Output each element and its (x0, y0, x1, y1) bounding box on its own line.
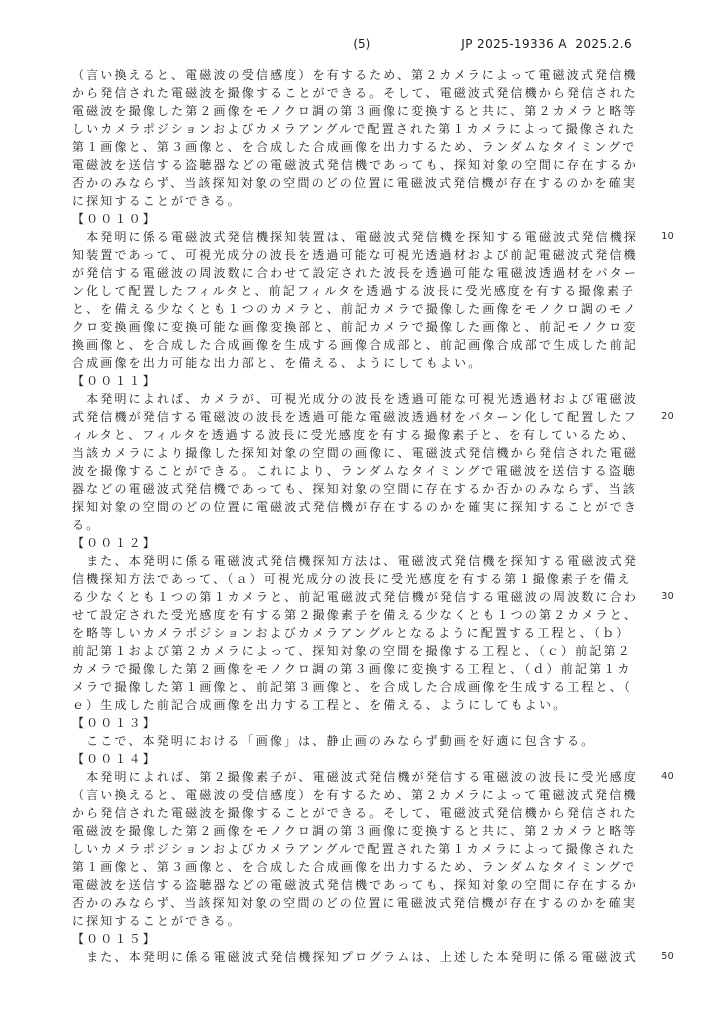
text-line: 波を撮像することができる。これにより、ランダムなタイミングで電磁波を送信する盗聴 (72, 462, 647, 480)
text-line: と、を備える少なくとも１つのカメラと、前記カメラで撮像した画像をモノクロ調のモノ (72, 300, 647, 318)
publication-number: JP 2025-19336 A 2025.2.6 (461, 36, 632, 52)
text-line: また、本発明に係る電磁波式発信機探知プログラムは、上述した本発明に係る電磁波式 (72, 948, 647, 966)
text-line: が発信する電磁波の周波数に合わせて設定された波長を透過可能な電磁波透過材をパター (72, 264, 647, 282)
text-line: ィルタと、フィルタを透過する波長に受光感度を有する撮像素子と、を有しているため、 (72, 426, 647, 444)
text-line: 【００１５】 (72, 930, 647, 948)
text-line: 本発明によれば、カメラが、可視光成分の波長を透過可能な可視光透過材および電磁波 (72, 390, 647, 408)
text-line: 探知対象の空間のどの位置に電磁波式発信機が存在するのかを確実に探知することができ (72, 498, 647, 516)
text-line: 当該カメラにより撮像した探知対象の空間の画像に、電磁波式発信機から発信された電磁 (72, 444, 647, 462)
page-header: (5) JP 2025-19336 A 2025.2.6 (0, 36, 724, 52)
text-line: 第１画像と、第３画像と、を合成した合成画像を出力するため、ランダムなタイミングで (72, 138, 647, 156)
text-line: る。 (72, 516, 647, 534)
text-line: 換画像と、を合成した合成画像を生成する画像合成部と、前記画像合成部で生成した前記 (72, 336, 647, 354)
text-line: 第１画像と、第３画像と、を合成した合成画像を出力するため、ランダムなタイミングで (72, 858, 647, 876)
text-line: また、本発明に係る電磁波式発信機探知方法は、電磁波式発信機を探知する電磁波式発 (72, 552, 647, 570)
text-line: から発信された電磁波を撮像することができる。そして、電磁波式発信機から発信された (72, 804, 647, 822)
text-line: 【００１２】 (72, 534, 647, 552)
text-line: メラで撮像した第１画像と、前記第３画像と、を合成した合成画像を生成する工程と、（ (72, 678, 647, 696)
text-line: 【００１３】 (72, 714, 647, 732)
text-line: に探知することができる。 (72, 912, 647, 930)
text-line: クロ変換画像に変換可能な画像変換部と、前記カメラで撮像した画像と、前記モノクロ変 (72, 318, 647, 336)
text-line: カメラで撮像した第２画像をモノクロ調の第３画像に変換する工程と、（ｄ）前記第１カ (72, 660, 647, 678)
text-line: 電磁波を送信する盗聴器などの電磁波式発信機であっても、探知対象の空間に存在するか (72, 876, 647, 894)
text-line: 電磁波を撮像した第２画像をモノクロ調の第３画像に変換すると共に、第２カメラと略等 (72, 102, 647, 120)
text-line: 式発信機が発信する電磁波の波長を透過可能な電磁波透過材をパターン化して配置したフ (72, 408, 647, 426)
margin-line-number: 20 (654, 411, 674, 423)
text-line: 器などの電磁波式発信機であっても、探知対象の空間に存在するか否かのみならず、当該 (72, 480, 647, 498)
margin-line-number: 10 (654, 231, 674, 243)
text-line: （言い換えると、電磁波の受信感度）を有するため、第２カメラによって電磁波式発信機 (72, 66, 647, 84)
text-line: ここで、本発明における「画像」は、静止画のみならず動画を好適に包含する。 (72, 732, 647, 750)
text-line: ン化して配置したフィルタと、前記フィルタを透過する波長に受光感度を有する撮像素子 (72, 282, 647, 300)
text-line: 電磁波を送信する盗聴器などの電磁波式発信機であっても、探知対象の空間に存在するか (72, 156, 647, 174)
text-line: 信機探知方法であって、（ａ）可視光成分の波長に受光感度を有する第１撮像素子を備え (72, 570, 647, 588)
text-line: （言い換えると、電磁波の受信感度）を有するため、第２カメラによって電磁波式発信機 (72, 786, 647, 804)
margin-line-number: 40 (654, 771, 674, 783)
text-line: を略等しいカメラポジションおよびカメラアングルとなるように配置する工程と、（ｂ） (72, 624, 647, 642)
text-line: しいカメラポジションおよびカメラアングルで配置された第１カメラによって撮像された (72, 120, 647, 138)
text-line: 否かのみならず、当該探知対象の空間のどの位置に電磁波式発信機が存在するのかを確実 (72, 174, 647, 192)
text-line: に探知することができる。 (72, 192, 647, 210)
text-line: 合成画像を出力可能な出力部と、を備える、ようにしてもよい。 (72, 354, 647, 372)
text-line: 本発明によれば、第２撮像素子が、電磁波式発信機が発信する電磁波の波長に受光感度 (72, 768, 647, 786)
text-line: から発信された電磁波を撮像することができる。そして、電磁波式発信機から発信された (72, 84, 647, 102)
text-line: 前記第１および第２カメラによって、探知対象の空間を撮像する工程と、（ｃ）前記第２ (72, 642, 647, 660)
text-line: 【００１４】 (72, 750, 647, 768)
margin-line-number: 30 (654, 591, 674, 603)
text-line: せて設定された受光感度を有する第２撮像素子を備える少なくとも１つの第２カメラと、 (72, 606, 647, 624)
text-line: しいカメラポジションおよびカメラアングルで配置された第１カメラによって撮像された (72, 840, 647, 858)
text-line: る少なくとも１つの第１カメラと、前記電磁波式発信機が発信する電磁波の周波数に合わ (72, 588, 647, 606)
patent-document-page: (5) JP 2025-19336 A 2025.2.6 （言い換えると、電磁波… (0, 0, 724, 1024)
text-line: 知装置であって、可視光成分の波長を透過可能な可視光透過材および前記電磁波式発信機 (72, 246, 647, 264)
text-line: 【００１１】 (72, 372, 647, 390)
text-line: ｅ）生成した前記合成画像を出力する工程と、を備える、ようにしてもよい。 (72, 696, 647, 714)
margin-line-number: 50 (654, 951, 674, 963)
text-line: 本発明に係る電磁波式発信機探知装置は、電磁波式発信機を探知する電磁波式発信機探 (72, 228, 647, 246)
text-line: 否かのみならず、当該探知対象の空間のどの位置に電磁波式発信機が存在するのかを確実 (72, 894, 647, 912)
text-line: 【００１０】 (72, 210, 647, 228)
text-line: 電磁波を撮像した第２画像をモノクロ調の第３画像に変換すると共に、第２カメラと略等 (72, 822, 647, 840)
document-body: （言い換えると、電磁波の受信感度）を有するため、第２カメラによって電磁波式発信機… (72, 66, 647, 966)
page-number: (5) (353, 36, 370, 52)
margin-line-numbers: 1020304050 (654, 0, 674, 1024)
